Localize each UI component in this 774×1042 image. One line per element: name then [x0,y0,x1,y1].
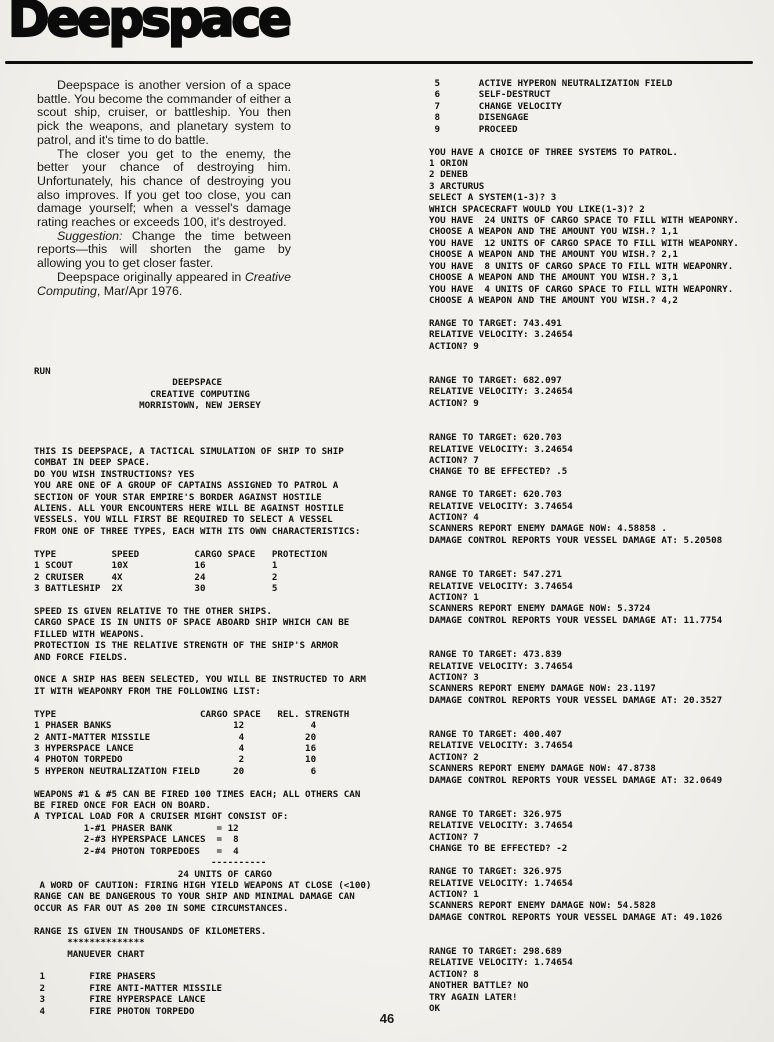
intro-paragraph-3: Suggestion: Change the time between repo… [37,230,291,271]
program-listing-left: RUN DEEPSPACE CREATIVE COMPUTING MORRIST… [34,366,371,1017]
intro-paragraph-4: Deepspace originally appeared in Creativ… [37,271,291,298]
suggestion-label: Suggestion: [57,229,122,243]
intro-paragraph-4-before: Deepspace originally appeared in [57,270,245,284]
page-number: 46 [0,1011,774,1026]
intro-paragraph-2: The closer you get to the enemy, the bet… [37,148,291,230]
title-rule [5,61,753,64]
program-output-right: 5 ACTIVE HYPERON NEUTRALIZATION FIELD 6 … [429,78,739,1015]
intro-paragraph-4-after: , Mar/Apr 1976. [97,284,182,298]
page-title: Deepspace [8,0,289,48]
book-page: Deepspace Deepspace is another version o… [0,0,774,1042]
intro-text: Deepspace is another version of a space … [37,79,291,298]
intro-paragraph-1: Deepspace is another version of a space … [37,79,291,148]
